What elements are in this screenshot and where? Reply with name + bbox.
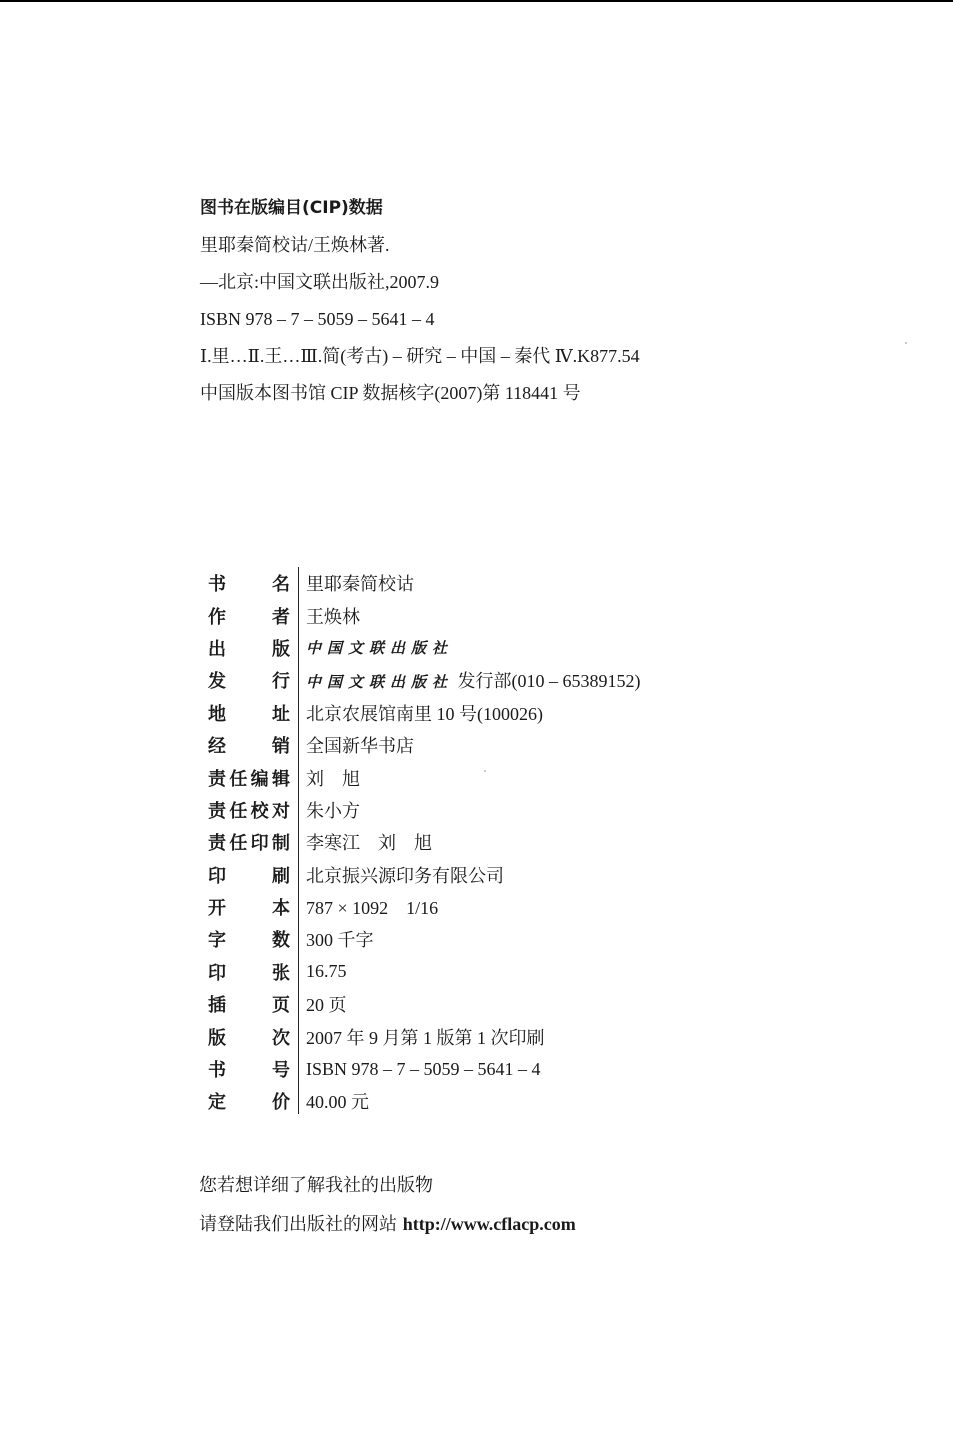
imprint-row-value: 300 千字	[306, 926, 374, 952]
cip-verification-number: 中国版本图书馆 CIP 数据核字(2007)第 118441 号	[200, 375, 640, 412]
imprint-row-value: 朱小方	[306, 797, 360, 823]
imprint-value-text: 朱小方	[306, 801, 360, 821]
imprint-row-label: 插页	[208, 991, 290, 1017]
imprint-row-label: 印刷	[208, 862, 290, 888]
imprint-value-text: 787 × 1092 1/16	[306, 898, 438, 918]
imprint-row: 印张16.75	[208, 956, 641, 988]
imprint-value-text: 2007 年 9 月第 1 版第 1 次印刷	[306, 1028, 545, 1048]
imprint-label-char: 版	[208, 1024, 226, 1050]
imprint-label-char: 插	[208, 991, 226, 1017]
imprint-row-value: 2007 年 9 月第 1 版第 1 次印刷	[306, 1024, 545, 1050]
imprint-row-label: 地址	[208, 700, 290, 726]
imprint-label-char: 任	[229, 797, 247, 823]
cip-title: 图书在版编目(CIP)数据	[200, 190, 640, 227]
imprint-label-char: 页	[272, 991, 290, 1017]
imprint-label-char: 校	[251, 797, 269, 823]
imprint-label-char: 地	[208, 700, 226, 726]
imprint-row-value: ISBN 978 – 7 – 5059 – 5641 – 4	[306, 1059, 541, 1080]
imprint-row: 插页20 页	[208, 988, 641, 1020]
imprint-label-char: 开	[208, 894, 226, 920]
imprint-label-char: 刷	[272, 862, 290, 888]
cip-data-block: 图书在版编目(CIP)数据 里耶秦简校诂/王焕林著. —北京:中国文联出版社,2…	[200, 190, 640, 412]
imprint-label-char: 名	[272, 570, 290, 596]
imprint-row-value: 787 × 1092 1/16	[306, 894, 438, 920]
imprint-label-char: 印	[208, 862, 226, 888]
imprint-label-char: 者	[272, 603, 290, 629]
imprint-value-text: 16.75	[306, 961, 347, 981]
footer-line-1: 您若想详细了解我社的出版物	[199, 1167, 576, 1205]
footer-line-2: 请登陆我们出版社的网站 http://www.cflacp.com	[199, 1205, 576, 1243]
imprint-row-label: 书号	[208, 1056, 290, 1082]
imprint-label-char: 定	[208, 1088, 226, 1114]
imprint-table: 书名里耶秦简校诂作者王焕林出版中国文联出版社发行中国文联出版社 发行部(010 …	[208, 567, 641, 1118]
imprint-row-label: 定价	[208, 1088, 290, 1114]
scan-speck	[905, 342, 907, 344]
publisher-logotype: 中国文联出版社	[306, 673, 453, 691]
imprint-row: 书号ISBN 978 – 7 – 5059 – 5641 – 4	[208, 1053, 641, 1085]
imprint-row-value: 北京振兴源印务有限公司	[306, 862, 504, 888]
imprint-label-char: 出	[208, 635, 226, 661]
imprint-value-text: 李寒江 刘 旭	[306, 833, 432, 853]
imprint-row-label: 开本	[208, 894, 290, 920]
imprint-label-char: 址	[272, 700, 290, 726]
imprint-row: 书名里耶秦简校诂	[208, 567, 641, 599]
imprint-label-char: 经	[208, 732, 226, 758]
imprint-row-value: 全国新华书店	[306, 732, 414, 758]
imprint-value-text: 刘 旭	[306, 769, 360, 789]
imprint-row-value: 20 页	[306, 991, 347, 1017]
imprint-row: 定价40.00 元	[208, 1085, 641, 1117]
imprint-label-char: 印	[208, 959, 226, 985]
imprint-value-text: 全国新华书店	[306, 736, 414, 756]
imprint-row: 作者王焕林	[208, 599, 641, 631]
imprint-label-char: 制	[272, 829, 290, 855]
imprint-row-value: 北京农展馆南里 10 号(100026)	[306, 700, 543, 726]
imprint-label-char: 发	[208, 667, 226, 693]
imprint-label-char: 责	[208, 797, 226, 823]
imprint-row-label: 书名	[208, 570, 290, 596]
imprint-value-text: 北京农展馆南里 10 号(100026)	[306, 704, 543, 724]
imprint-row-value: 李寒江 刘 旭	[306, 829, 432, 855]
top-border-rule	[0, 0, 953, 2]
imprint-row: 版次2007 年 9 月第 1 版第 1 次印刷	[208, 1020, 641, 1052]
imprint-label-char: 对	[272, 797, 290, 823]
imprint-label-char: 次	[272, 1024, 290, 1050]
imprint-row-value: 刘 旭	[306, 765, 360, 791]
imprint-label-char: 责	[208, 829, 226, 855]
imprint-row-value: 王焕林	[306, 603, 360, 629]
imprint-row: 地址北京农展馆南里 10 号(100026)	[208, 697, 641, 729]
imprint-value-text: 20 页	[306, 995, 347, 1015]
imprint-row: 印刷北京振兴源印务有限公司	[208, 859, 641, 891]
imprint-label-char: 辑	[272, 765, 290, 791]
imprint-row: 责任编辑刘 旭	[208, 761, 641, 793]
publisher-website-link[interactable]: http://www.cflacp.com	[403, 1214, 576, 1234]
imprint-row-label: 责任校对	[208, 797, 290, 823]
imprint-row-label: 出版	[208, 635, 290, 661]
imprint-label-char: 版	[272, 635, 290, 661]
imprint-row-value: 里耶秦简校诂	[306, 570, 414, 596]
imprint-label-char: 任	[229, 765, 247, 791]
imprint-label-char: 印	[251, 829, 269, 855]
imprint-label-char: 编	[251, 765, 269, 791]
imprint-row-label: 发行	[208, 667, 290, 693]
scan-speck	[484, 770, 486, 772]
imprint-row-value: 16.75	[306, 961, 347, 982]
imprint-row: 开本787 × 1092 1/16	[208, 891, 641, 923]
imprint-label-char: 价	[272, 1088, 290, 1114]
imprint-value-text: 王焕林	[306, 607, 360, 627]
imprint-label-char: 任	[229, 829, 247, 855]
imprint-row: 责任印制李寒江 刘 旭	[208, 826, 641, 858]
imprint-label-char: 书	[208, 570, 226, 596]
footer-note: 您若想详细了解我社的出版物 请登陆我们出版社的网站 http://www.cfl…	[199, 1167, 576, 1243]
imprint-label-char: 作	[208, 603, 226, 629]
imprint-row: 经销全国新华书店	[208, 729, 641, 761]
imprint-label-char: 数	[272, 926, 290, 952]
imprint-value-text: ISBN 978 – 7 – 5059 – 5641 – 4	[306, 1059, 541, 1079]
imprint-row-value: 中国文联出版社 发行部(010 – 65389152)	[306, 667, 641, 693]
imprint-row: 发行中国文联出版社 发行部(010 – 65389152)	[208, 664, 641, 696]
publisher-logotype: 中国文联出版社	[306, 639, 453, 657]
footer-line-2-text: 请登陆我们出版社的网站	[199, 1214, 403, 1235]
imprint-value-text: 北京振兴源印务有限公司	[306, 866, 504, 886]
imprint-row: 出版中国文联出版社	[208, 632, 641, 664]
imprint-row-value: 40.00 元	[306, 1088, 369, 1114]
imprint-label-char: 本	[272, 894, 290, 920]
imprint-row: 字数300 千字	[208, 923, 641, 955]
imprint-row: 责任校对朱小方	[208, 794, 641, 826]
imprint-label-char: 字	[208, 926, 226, 952]
cip-isbn: ISBN 978 – 7 – 5059 – 5641 – 4	[200, 301, 640, 338]
cip-publisher-line: —北京:中国文联出版社,2007.9	[200, 264, 640, 301]
imprint-label-char: 张	[272, 959, 290, 985]
imprint-row-label: 责任编辑	[208, 765, 290, 791]
imprint-row-label: 经销	[208, 732, 290, 758]
imprint-row-label: 字数	[208, 926, 290, 952]
imprint-label-char: 行	[272, 667, 290, 693]
imprint-row-label: 作者	[208, 603, 290, 629]
cip-book-title-author: 里耶秦简校诂/王焕林著.	[200, 227, 640, 264]
imprint-label-char: 责	[208, 765, 226, 791]
imprint-value-suffix: 发行部(010 – 65389152)	[453, 671, 641, 691]
imprint-row-value: 中国文联出版社	[306, 637, 453, 658]
imprint-label-char: 号	[272, 1056, 290, 1082]
cip-classification: Ⅰ.里…Ⅱ.王…Ⅲ.简(考古) – 研究 – 中国 – 秦代 Ⅳ.K877.54	[200, 338, 640, 375]
imprint-value-text: 40.00 元	[306, 1092, 369, 1112]
imprint-row-label: 责任印制	[208, 829, 290, 855]
imprint-row-label: 版次	[208, 1024, 290, 1050]
imprint-row-label: 印张	[208, 959, 290, 985]
imprint-label-char: 书	[208, 1056, 226, 1082]
imprint-label-char: 销	[272, 732, 290, 758]
imprint-value-text: 里耶秦简校诂	[306, 574, 414, 594]
imprint-value-text: 300 千字	[306, 930, 374, 950]
